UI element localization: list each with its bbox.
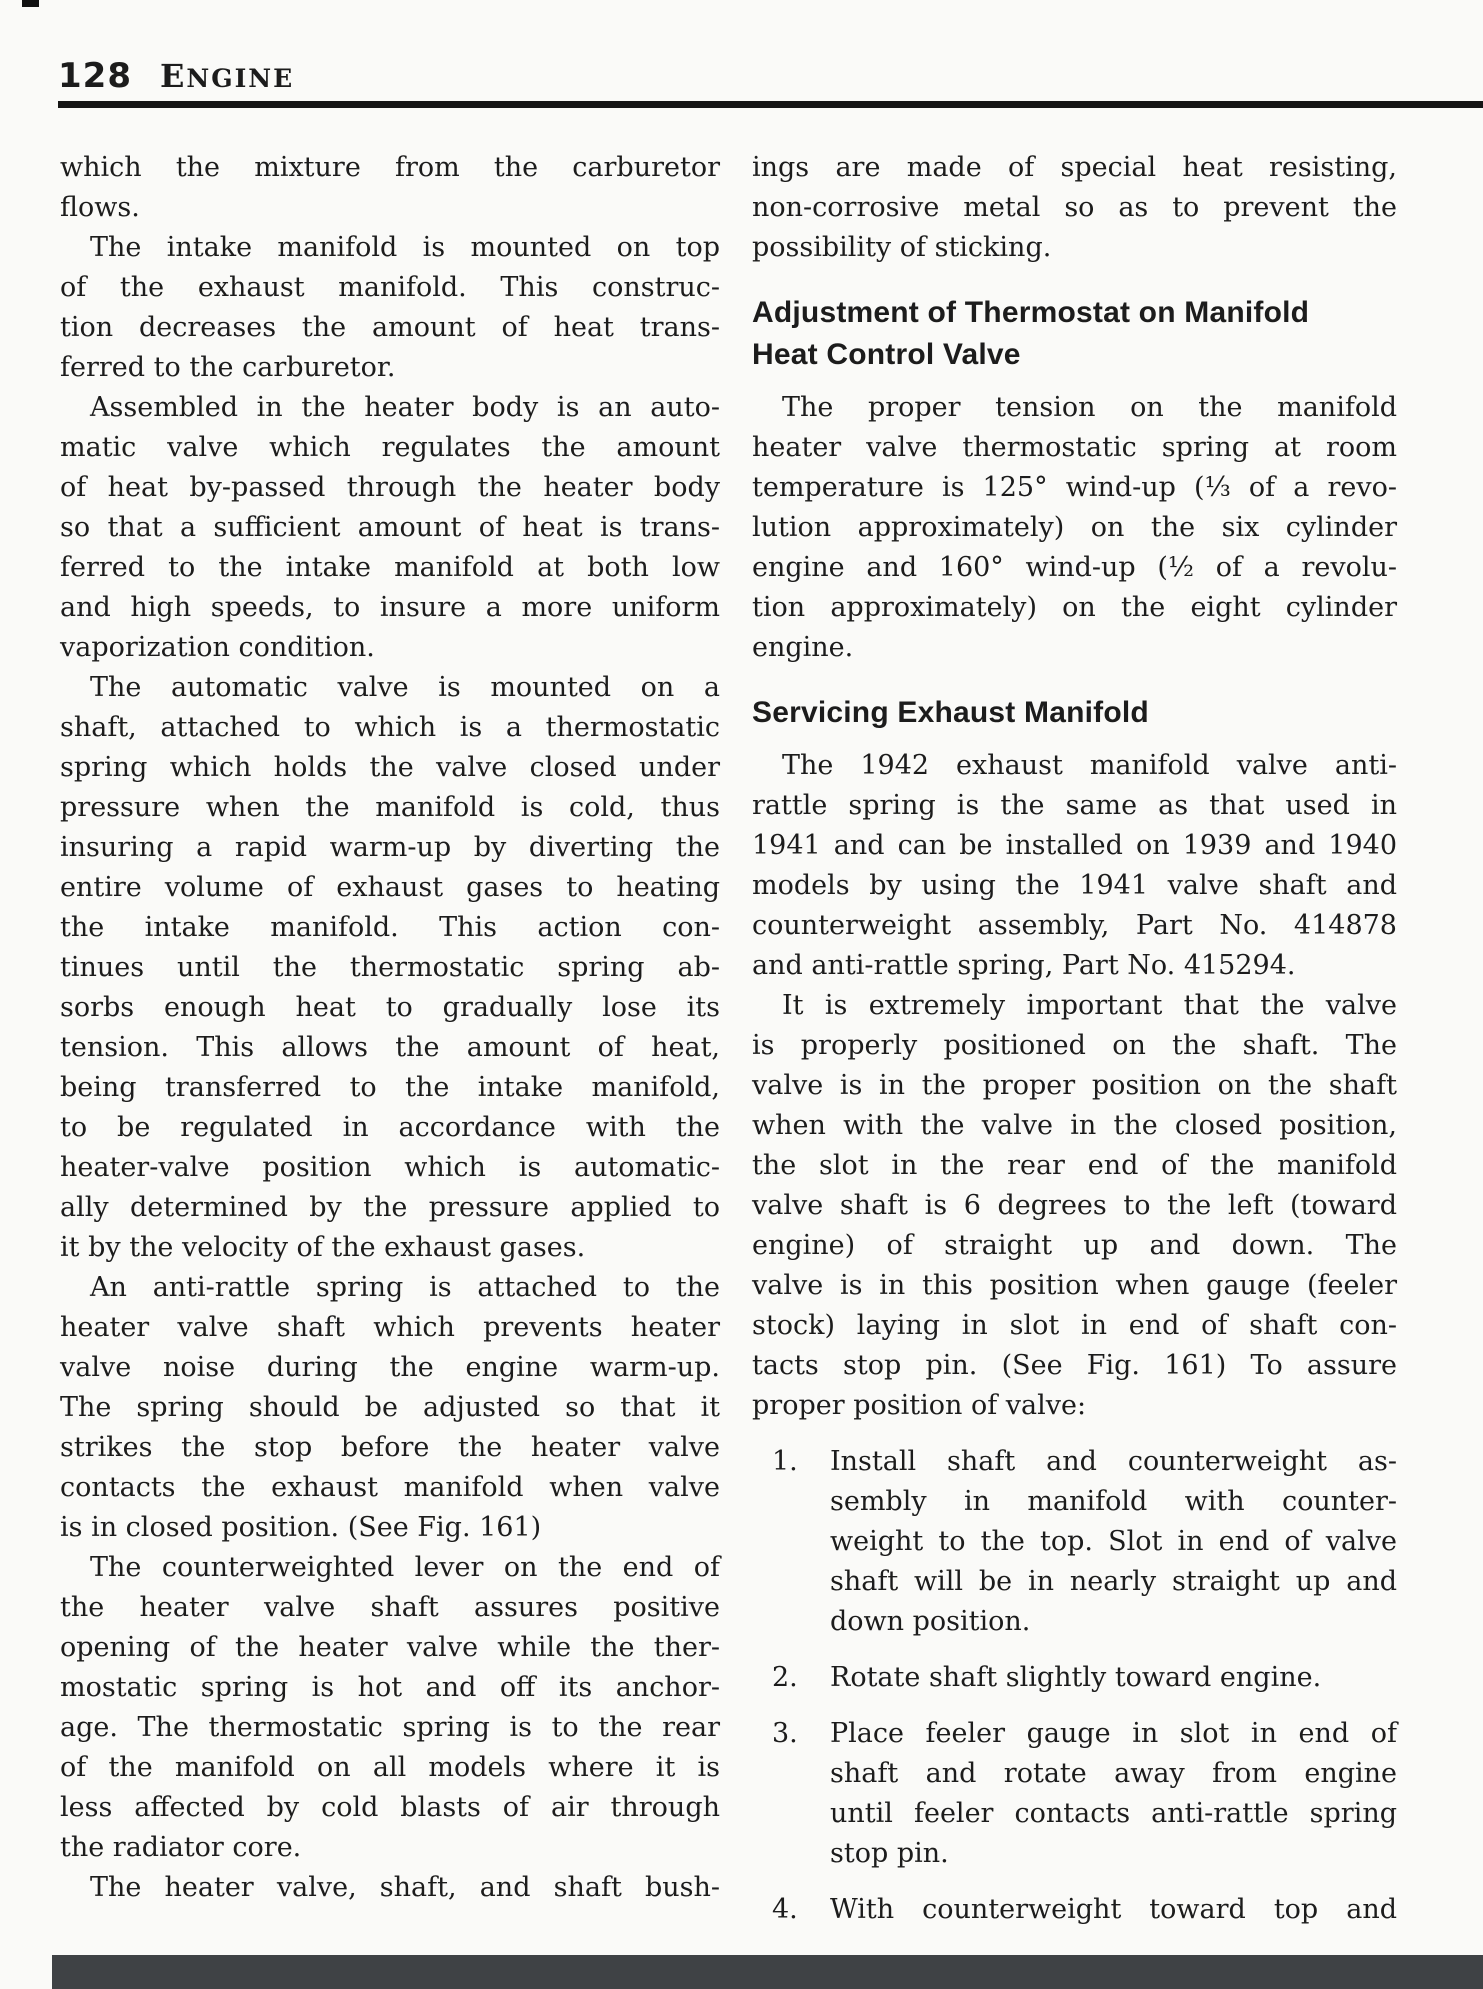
text-line: opening of the heater valve while the th… <box>60 1628 720 1668</box>
text-line: rattle spring is the same as that used i… <box>752 786 1397 826</box>
text-line: to be regulated in accordance with the <box>60 1108 720 1148</box>
text-line: and anti-rattle spring, Part No. 415294. <box>752 946 1397 986</box>
text-line: With counterweight toward top and <box>830 1890 1397 1930</box>
paragraph: The intake manifold is mounted on topof … <box>60 228 720 388</box>
section-title-rest: NGINE <box>186 64 294 93</box>
list-item-number: 1. <box>752 1442 830 1642</box>
section-title: ENGINE <box>160 57 294 95</box>
text-line: Install shaft and counterweight as- <box>830 1442 1397 1482</box>
text-line: It is extremely important that the valve <box>752 986 1397 1026</box>
list-item-number: 2. <box>752 1658 830 1698</box>
text-line: engine) of straight up and down. The <box>752 1226 1397 1266</box>
text-line: matic valve which regulates the amount <box>60 428 720 468</box>
text-line: mostatic spring is hot and off its ancho… <box>60 1668 720 1708</box>
text-line: tion decreases the amount of heat trans- <box>60 308 720 348</box>
text-line: so that a sufficient amount of heat is t… <box>60 508 720 548</box>
text-line: the radiator core. <box>60 1828 720 1868</box>
text-line: counterweight assembly, Part No. 414878 <box>752 906 1397 946</box>
text-line: less affected by cold blasts of air thro… <box>60 1788 720 1828</box>
paragraph: An anti-rattle spring is attached to the… <box>60 1268 720 1548</box>
list-item: 2.Rotate shaft slightly toward engine. <box>752 1658 1397 1698</box>
text-line: of the exhaust manifold. This construc- <box>60 268 720 308</box>
text-line: Place feeler gauge in slot in end of <box>830 1714 1397 1754</box>
column-right: ings are made of special heat resisting,… <box>752 148 1397 1930</box>
text-line: ings are made of special heat resisting, <box>752 148 1397 188</box>
text-line: The automatic valve is mounted on a <box>60 668 720 708</box>
list-item-text: Install shaft and counterweight as-sembl… <box>830 1442 1397 1642</box>
text-line: of the manifold on all models where it i… <box>60 1748 720 1788</box>
text-line: it by the velocity of the exhaust gases. <box>60 1228 720 1268</box>
heading-line: Servicing Exhaust Manifold <box>752 692 1397 734</box>
paragraph: ings are made of special heat resisting,… <box>752 148 1397 268</box>
text-line: the heater valve shaft assures positive <box>60 1588 720 1628</box>
text-line: The spring should be adjusted so that it <box>60 1388 720 1428</box>
text-line: is in closed position. (See Fig. 161) <box>60 1508 720 1548</box>
column-left: which the mixture from the carburetorflo… <box>60 148 720 1908</box>
text-line: valve is in this position when gauge (fe… <box>752 1266 1397 1306</box>
text-line: engine and 160° wind-up (½ of a revolu- <box>752 548 1397 588</box>
text-line: proper position of valve: <box>752 1386 1397 1426</box>
scan-artifact-bottom-bar <box>52 1955 1483 1989</box>
text-line: valve shaft is 6 degrees to the left (to… <box>752 1186 1397 1226</box>
page-number: 128 <box>58 56 132 96</box>
paragraph: The 1942 exhaust manifold valve anti-rat… <box>752 746 1397 986</box>
text-line: 1941 and can be installed on 1939 and 19… <box>752 826 1397 866</box>
list-item-text: Rotate shaft slightly toward engine. <box>830 1658 1397 1698</box>
text-line: The counterweighted lever on the end of <box>60 1548 720 1588</box>
text-line: The intake manifold is mounted on top <box>60 228 720 268</box>
section-heading: Servicing Exhaust Manifold <box>752 692 1397 734</box>
text-line: sembly in manifold with counter- <box>830 1482 1397 1522</box>
text-line: The proper tension on the manifold <box>752 388 1397 428</box>
paragraph: which the mixture from the carburetorflo… <box>60 148 720 228</box>
text-line: and high speeds, to insure a more unifor… <box>60 588 720 628</box>
list-item-number: 4. <box>752 1890 830 1930</box>
text-line: shaft, attached to which is a thermostat… <box>60 708 720 748</box>
text-line: An anti-rattle spring is attached to the <box>60 1268 720 1308</box>
text-line: vaporization condition. <box>60 628 720 668</box>
text-line: ferred to the intake manifold at both lo… <box>60 548 720 588</box>
text-line: age. The thermostatic spring is to the r… <box>60 1708 720 1748</box>
text-line: being transferred to the intake manifold… <box>60 1068 720 1108</box>
text-line: which the mixture from the carburetor <box>60 148 720 188</box>
text-line: valve noise during the engine warm-up. <box>60 1348 720 1388</box>
text-line: engine. <box>752 628 1397 668</box>
text-line: heater valve shaft which prevents heater <box>60 1308 720 1348</box>
list-item: 4.With counterweight toward top and <box>752 1890 1397 1930</box>
text-line: sorbs enough heat to gradually lose its <box>60 988 720 1028</box>
text-line: until feeler contacts anti-rattle spring <box>830 1794 1397 1834</box>
heading-line: Heat Control Valve <box>752 334 1397 376</box>
text-line: ally determined by the pressure applied … <box>60 1188 720 1228</box>
text-line: insuring a rapid warm-up by diverting th… <box>60 828 720 868</box>
text-line: models by using the 1941 valve shaft and <box>752 866 1397 906</box>
text-line: pressure when the manifold is cold, thus <box>60 788 720 828</box>
paragraph: The proper tension on the manifoldheater… <box>752 388 1397 668</box>
text-line: is properly positioned on the shaft. The <box>752 1026 1397 1066</box>
text-line: contacts the exhaust manifold when valve <box>60 1468 720 1508</box>
text-line: heater valve thermostatic spring at room <box>752 428 1397 468</box>
text-line: non-corrosive metal so as to prevent the <box>752 188 1397 228</box>
text-line: of heat by-passed through the heater bod… <box>60 468 720 508</box>
paragraph: It is extremely important that the valve… <box>752 986 1397 1426</box>
paragraph: The automatic valve is mounted on ashaft… <box>60 668 720 1268</box>
scan-artifact-mark <box>22 0 39 7</box>
manual-page: 128 ENGINE which the mixture from the ca… <box>0 0 1483 1989</box>
text-line: The 1942 exhaust manifold valve anti- <box>752 746 1397 786</box>
text-line: possibility of sticking. <box>752 228 1397 268</box>
text-line: stop pin. <box>830 1834 1397 1874</box>
text-line: tion approximately) on the eight cylinde… <box>752 588 1397 628</box>
text-line: tension. This allows the amount of heat, <box>60 1028 720 1068</box>
list-item-text: Place feeler gauge in slot in end ofshaf… <box>830 1714 1397 1874</box>
text-line: tinues until the thermostatic spring ab- <box>60 948 720 988</box>
text-line: heater-valve position which is automatic… <box>60 1148 720 1188</box>
page-header: 128 ENGINE <box>58 56 294 96</box>
list-item: 1.Install shaft and counterweight as-sem… <box>752 1442 1397 1642</box>
text-line: shaft will be in nearly straight up and <box>830 1562 1397 1602</box>
list-item-text: With counterweight toward top and <box>830 1890 1397 1930</box>
text-line: The heater valve, shaft, and shaft bush- <box>60 1868 720 1908</box>
section-title-initial: E <box>160 57 186 95</box>
text-line: stock) laying in slot in end of shaft co… <box>752 1306 1397 1346</box>
header-rule <box>58 101 1483 108</box>
text-line: entire volume of exhaust gases to heatin… <box>60 868 720 908</box>
text-line: ferred to the carburetor. <box>60 348 720 388</box>
text-line: spring which holds the valve closed unde… <box>60 748 720 788</box>
text-line: Assembled in the heater body is an auto- <box>60 388 720 428</box>
text-line: tacts stop pin. (See Fig. 161) To assure <box>752 1346 1397 1386</box>
heading-line: Adjustment of Thermostat on Manifold <box>752 292 1397 334</box>
text-line: the slot in the rear end of the manifold <box>752 1146 1397 1186</box>
paragraph: The heater valve, shaft, and shaft bush- <box>60 1868 720 1908</box>
text-line: Rotate shaft slightly toward engine. <box>830 1658 1397 1698</box>
section-heading: Adjustment of Thermostat on ManifoldHeat… <box>752 292 1397 376</box>
list-item-number: 3. <box>752 1714 830 1874</box>
text-line: valve is in the proper position on the s… <box>752 1066 1397 1106</box>
text-line: the intake manifold. This action con- <box>60 908 720 948</box>
text-line: shaft and rotate away from engine <box>830 1754 1397 1794</box>
paragraph: Assembled in the heater body is an auto-… <box>60 388 720 668</box>
text-line: when with the valve in the closed positi… <box>752 1106 1397 1146</box>
text-line: lution approximately) on the six cylinde… <box>752 508 1397 548</box>
list-item: 3.Place feeler gauge in slot in end ofsh… <box>752 1714 1397 1874</box>
text-line: down position. <box>830 1602 1397 1642</box>
text-line: temperature is 125° wind-up (⅓ of a revo… <box>752 468 1397 508</box>
text-line: strikes the stop before the heater valve <box>60 1428 720 1468</box>
text-line: flows. <box>60 188 720 228</box>
text-line: weight to the top. Slot in end of valve <box>830 1522 1397 1562</box>
paragraph: The counterweighted lever on the end oft… <box>60 1548 720 1868</box>
